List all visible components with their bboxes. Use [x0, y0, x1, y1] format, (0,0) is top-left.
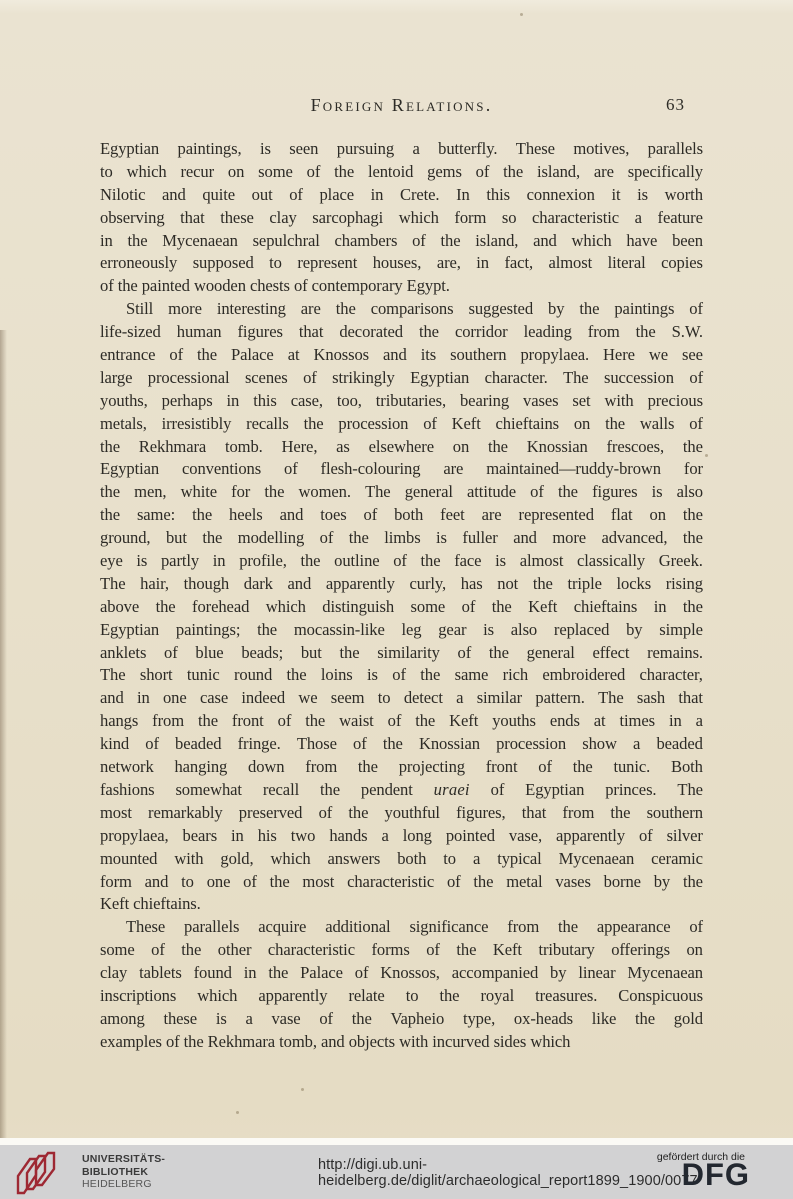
text-line: mostremarkablypreservedoftheyouthfulfigu… [100, 802, 703, 825]
text-line: Theseparallelsacquireadditionalsignifica… [100, 916, 703, 939]
text-line: towhichrecuronsomeofthelentoidgemsofthei… [100, 161, 703, 184]
text-line: entranceofthePalaceatKnossosanditssouthe… [100, 344, 703, 367]
text-line: fashionssomewhatrecallthependenturaeiofE… [100, 779, 703, 802]
text-line: erroneouslysupposedtorepresenthouses,are… [100, 252, 703, 275]
text-line: Theshorttunicroundtheloinsisofthesameric… [100, 664, 703, 687]
text-line: propylaea,bearsinhistwohandsalongpointed… [100, 825, 703, 848]
text-line: ankletsofbluebeads;butthesimilarityofthe… [100, 642, 703, 665]
page-gutter-shadow [0, 330, 7, 1140]
page-number: 63 [666, 95, 685, 115]
dfg-logo: DFG [682, 1160, 750, 1191]
text-line: hangsfromthefrontofthewaistoftheKeftyout… [100, 710, 703, 733]
text-line: claytabletsfoundinthePalaceofKnossos,acc… [100, 962, 703, 985]
text-line: of the painted wooden chests of contempo… [100, 275, 703, 298]
scan-speckle [236, 1111, 239, 1114]
scan-speckle [301, 1088, 304, 1091]
text-line: youths,perhapsinthiscase,too,tributaries… [100, 390, 703, 413]
library-name-line2: BIBLIOTHEK [82, 1166, 165, 1179]
footer-bar: UNIVERSITÄTS- BIBLIOTHEK HEIDELBERG http… [0, 1145, 793, 1199]
text-line: mountedwithgold,whichanswersbothtoatypic… [100, 848, 703, 871]
text-block: Egyptianpaintings,isseenpursuingabutterf… [100, 138, 703, 1054]
text-line: Egyptianpaintings,isseenpursuingabutterf… [100, 138, 703, 161]
footer-divider [0, 1138, 793, 1145]
scan-speckle [705, 454, 708, 457]
scanned-page: Foreign Relations. 63 Egyptianpaintings,… [0, 0, 793, 1199]
text-line: eyeispartlyinprofile,theoutlineoftheface… [100, 550, 703, 573]
text-line: metals,irresistiblyrecallstheprocessiono… [100, 413, 703, 436]
text-line: life-sizedhumanfiguresthatdecoratedtheco… [100, 321, 703, 344]
text-line: observingthattheseclaysarcophagiwhichfor… [100, 207, 703, 230]
text-line: Egyptianconventionsofflesh-colouringarem… [100, 458, 703, 481]
scan-speckle [520, 13, 523, 16]
library-name-line3: HEIDELBERG [82, 1178, 165, 1191]
text-line: largeprocessionalscenesofstrikinglyEgypt… [100, 367, 703, 390]
text-line: intheMycenaeansepulchralchambersoftheisl… [100, 230, 703, 253]
library-name-line1: UNIVERSITÄTS- [82, 1153, 165, 1166]
text-line: thesame:theheelsandtoesofbothfeetarerepr… [100, 504, 703, 527]
text-line: Keft chieftains. [100, 893, 703, 916]
text-line: theRekhmaratomb.Here,aselsewhereontheKno… [100, 436, 703, 459]
text-line: Stillmoreinterestingarethecomparisonssug… [100, 298, 703, 321]
running-title: Foreign Relations. [100, 95, 703, 116]
text-line: examples of the Rekhmara tomb, and objec… [100, 1031, 703, 1054]
text-line: amongtheseisavaseoftheVapheiotype,ox-hea… [100, 1008, 703, 1031]
university-library-logo-icon [10, 1148, 70, 1196]
text-line: kindofbeadedfringe.ThoseoftheKnossianpro… [100, 733, 703, 756]
text-line: andinonecaseindeedweseemtodetectasimilar… [100, 687, 703, 710]
page-header: Foreign Relations. 63 [100, 95, 703, 119]
text-line: inscriptionswhichapparentlyrelatetothero… [100, 985, 703, 1008]
text-line: Egyptianpaintings;themocassin-likeleggea… [100, 619, 703, 642]
text-line: themen,whiteforthewomen.Thegeneralattitu… [100, 481, 703, 504]
text-line: ground,butthemodellingofthelimbsisfuller… [100, 527, 703, 550]
text-line: Thehair,thoughdarkandapparentlycurly,has… [100, 573, 703, 596]
library-name: UNIVERSITÄTS- BIBLIOTHEK HEIDELBERG [82, 1153, 165, 1191]
text-line: someoftheothercharacteristicformsoftheKe… [100, 939, 703, 962]
text-line: networkhangingdownfromtheprojectingfront… [100, 756, 703, 779]
text-line: abovetheforeheadwhichdistinguishsomeofth… [100, 596, 703, 619]
text-line: NiloticandquiteoutofplaceinCrete.Inthisc… [100, 184, 703, 207]
text-line: formandtooneofthemostcharacteristicofthe… [100, 871, 703, 894]
